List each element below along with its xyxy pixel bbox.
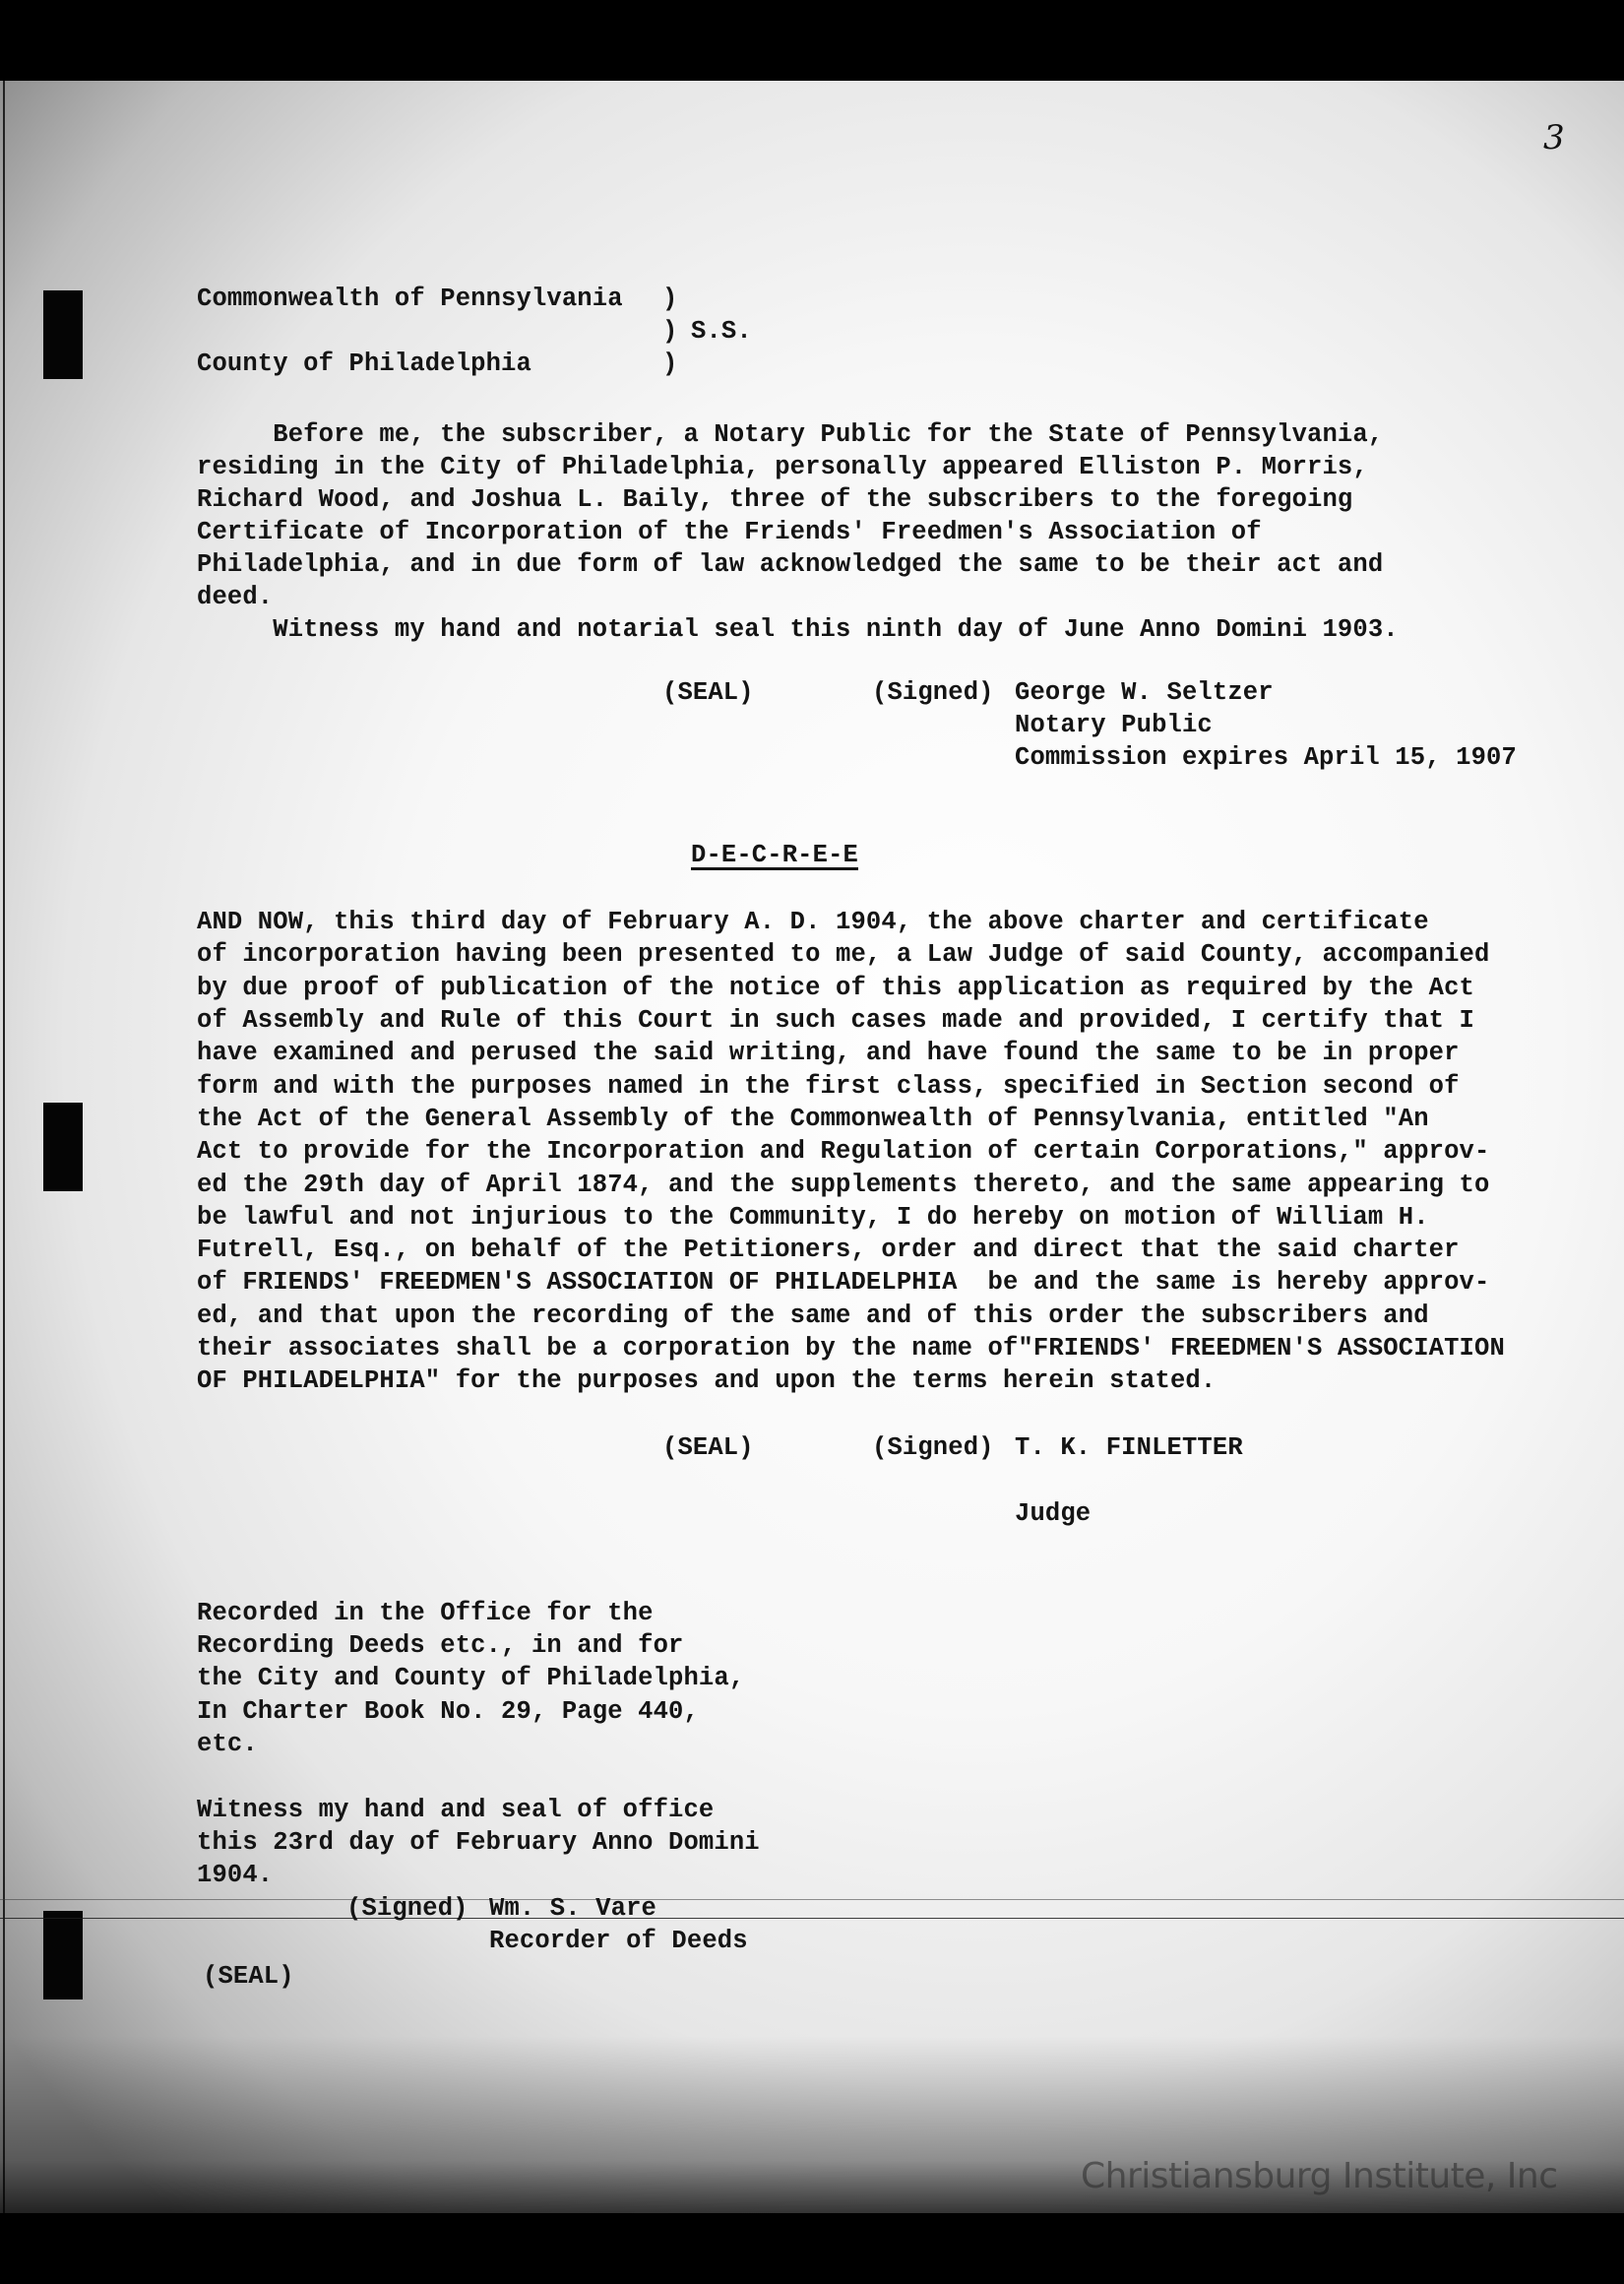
text-line: of FRIENDS' FREEDMEN'S ASSOCIATION OF PH… bbox=[197, 1266, 1489, 1300]
text-line: Recorded in the Office for the bbox=[197, 1597, 654, 1630]
text-line: Philadelphia, and in due form of law ack… bbox=[197, 548, 1383, 582]
signer-title: Notary Public bbox=[1015, 709, 1213, 742]
signer-title: Judge bbox=[1015, 1497, 1091, 1531]
text-line: their associates shall be a corporation … bbox=[197, 1332, 1505, 1365]
document-page: 3 Commonwealth of Pennsylvania County of… bbox=[0, 81, 1624, 2213]
film-marker-bottom bbox=[43, 1911, 83, 1999]
text-line: be lawful and not injurious to the Commu… bbox=[197, 1201, 1429, 1235]
text-line: Certificate of Incorporation of the Frie… bbox=[197, 516, 1262, 549]
venue-county: County of Philadelphia bbox=[197, 348, 531, 381]
text-line: etc. bbox=[197, 1728, 258, 1761]
text-line: 1904. bbox=[197, 1859, 273, 1892]
decree-heading: D-E-C-R-E-E bbox=[691, 839, 858, 872]
text-line: deed. bbox=[197, 581, 273, 614]
commission-expiry: Commission expires April 15, 1907 bbox=[1015, 741, 1517, 775]
text-line: of Assembly and Rule of this Court in su… bbox=[197, 1004, 1474, 1038]
text-line: Richard Wood, and Joshua L. Baily, three… bbox=[197, 483, 1352, 517]
signed-label: (Signed) bbox=[872, 676, 994, 710]
signer-name: Wm. S. Vare bbox=[489, 1892, 656, 1926]
signer-name: George W. Seltzer bbox=[1015, 676, 1274, 710]
text-line: form and with the purposes named in the … bbox=[197, 1070, 1460, 1104]
scan-line bbox=[0, 1899, 1624, 1900]
text-line: Witness my hand and notarial seal this n… bbox=[197, 613, 1399, 647]
venue-ss: S.S. bbox=[691, 315, 752, 349]
text-line: of incorporation having been presented t… bbox=[197, 938, 1489, 972]
text-line: Act to provide for the Incorporation and… bbox=[197, 1135, 1489, 1169]
seal-label: (SEAL) bbox=[203, 1960, 294, 1994]
text-line: have examined and perused the said writi… bbox=[197, 1037, 1460, 1070]
scan-line bbox=[0, 1918, 1624, 1919]
text-line: OF PHILADELPHIA" for the purposes and up… bbox=[197, 1364, 1216, 1398]
text-line: Futrell, Esq., on behalf of the Petition… bbox=[197, 1234, 1460, 1267]
signer-title: Recorder of Deeds bbox=[489, 1925, 748, 1958]
text-line: Before me, the subscriber, a Notary Publ… bbox=[197, 418, 1383, 452]
signer-name: T. K. FINLETTER bbox=[1015, 1431, 1243, 1465]
film-marker-top bbox=[43, 290, 83, 379]
film-edge-line bbox=[3, 81, 5, 2213]
text-line: In Charter Book No. 29, Page 440, bbox=[197, 1695, 699, 1729]
text-line: residing in the City of Philadelphia, pe… bbox=[197, 451, 1368, 484]
text-line: ed the 29th day of April 1874, and the s… bbox=[197, 1169, 1489, 1202]
text-line: Recording Deeds etc., in and for bbox=[197, 1629, 683, 1663]
text-line: AND NOW, this third day of February A. D… bbox=[197, 906, 1429, 939]
text-line: Witness my hand and seal of office bbox=[197, 1794, 714, 1827]
seal-label: (SEAL) bbox=[662, 676, 754, 710]
text-line: ed, and that upon the recording of the s… bbox=[197, 1300, 1429, 1333]
venue-commonwealth: Commonwealth of Pennsylvania bbox=[197, 283, 623, 316]
signed-label: (Signed) bbox=[346, 1892, 468, 1926]
page-number: 3 bbox=[1543, 118, 1565, 158]
text-line: the Act of the General Assembly of the C… bbox=[197, 1103, 1429, 1136]
seal-label: (SEAL) bbox=[662, 1431, 754, 1465]
watermark: Christiansburg Institute, Inc bbox=[1081, 2156, 1558, 2196]
text-line: this 23rd day of February Anno Domini bbox=[197, 1826, 760, 1860]
text-line: the City and County of Philadelphia, bbox=[197, 1662, 744, 1695]
venue-bracket: ) bbox=[662, 283, 677, 316]
film-marker-middle bbox=[43, 1103, 83, 1191]
signed-label: (Signed) bbox=[872, 1431, 994, 1465]
text-line: by due proof of publication of the notic… bbox=[197, 972, 1474, 1005]
venue-bracket: ) bbox=[662, 348, 677, 381]
venue-bracket: ) bbox=[662, 315, 677, 349]
